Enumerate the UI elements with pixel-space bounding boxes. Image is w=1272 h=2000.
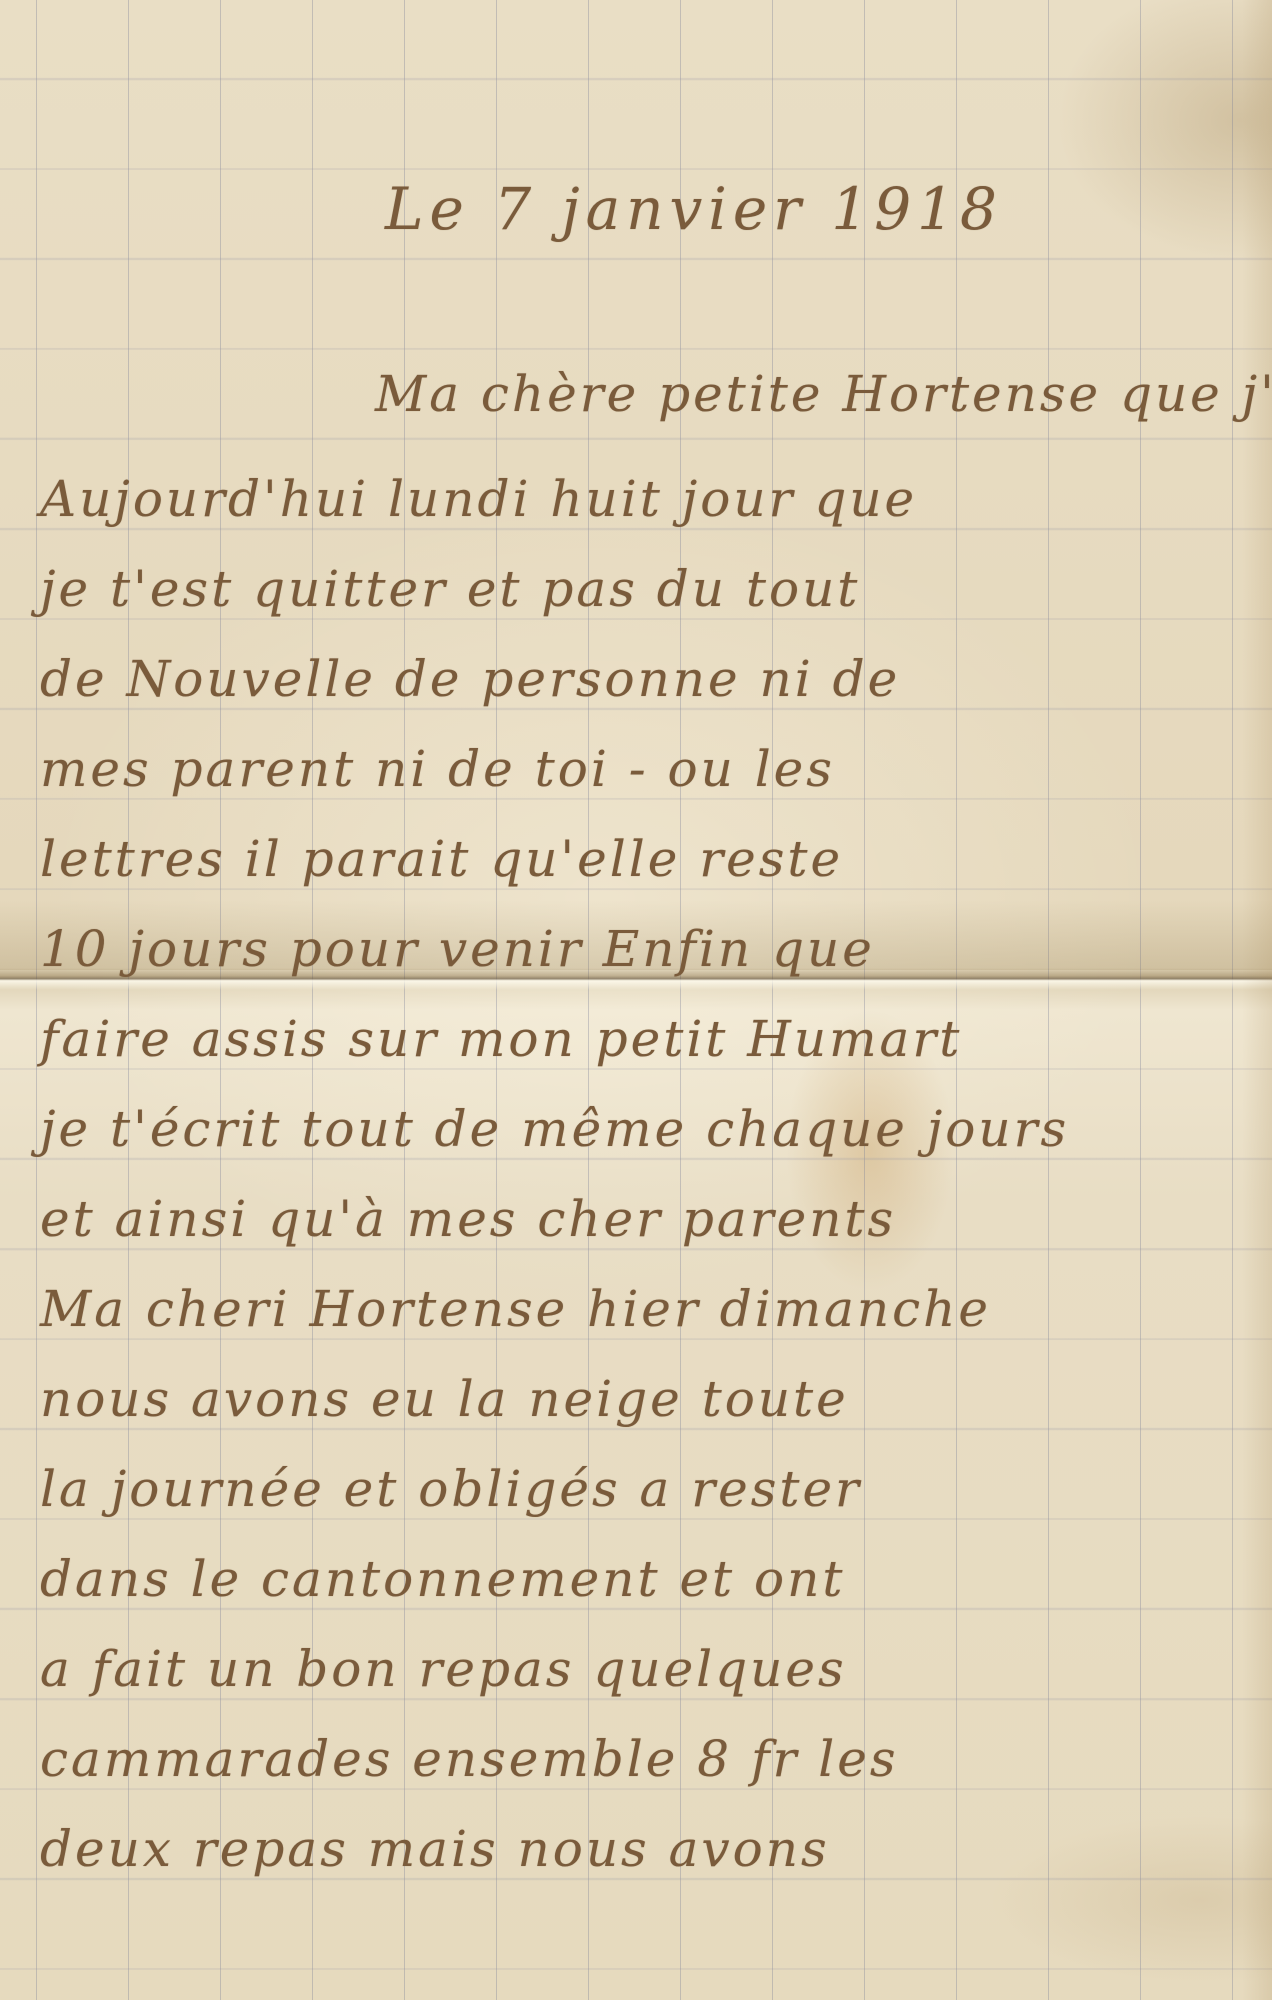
letter-line: dans le cantonnement et ont [40, 1550, 845, 1608]
letter-line: 10 jours pour venir Enfin que [40, 920, 875, 978]
letter-line: je t'écrit tout de même chaque jours [40, 1100, 1069, 1158]
letter-line: Aujourd'hui lundi huit jour que [40, 470, 917, 528]
salutation: Ma chère petite Hortense que j'aime [375, 365, 1272, 423]
letter-line: Ma cheri Hortense hier dimanche [40, 1280, 991, 1338]
letter-page: Le 7 janvier 1918 Ma chère petite Horten… [0, 0, 1272, 2000]
letter-line: la journée et obligés a rester [40, 1460, 862, 1518]
date-line: Le 7 janvier 1918 [385, 175, 1003, 243]
letter-line: et ainsi qu'à mes cher parents [40, 1190, 896, 1248]
letter-line: je t'est quitter et pas du tout [40, 560, 860, 618]
letter-line: de Nouvelle de personne ni de [40, 650, 900, 708]
letter-body: Le 7 janvier 1918 Ma chère petite Horten… [0, 0, 1272, 2000]
letter-line: a fait un bon repas quelques [40, 1640, 847, 1698]
letter-line: nous avons eu la neige toute [40, 1370, 849, 1428]
letter-line: cammarades ensemble 8 fr les [40, 1730, 899, 1788]
letter-line: deux repas mais nous avons [40, 1820, 830, 1878]
letter-line: mes parent ni de toi - ou les [40, 740, 835, 798]
letter-line: lettres il parait qu'elle reste [40, 830, 843, 888]
letter-line: faire assis sur mon petit Humart [40, 1010, 962, 1068]
